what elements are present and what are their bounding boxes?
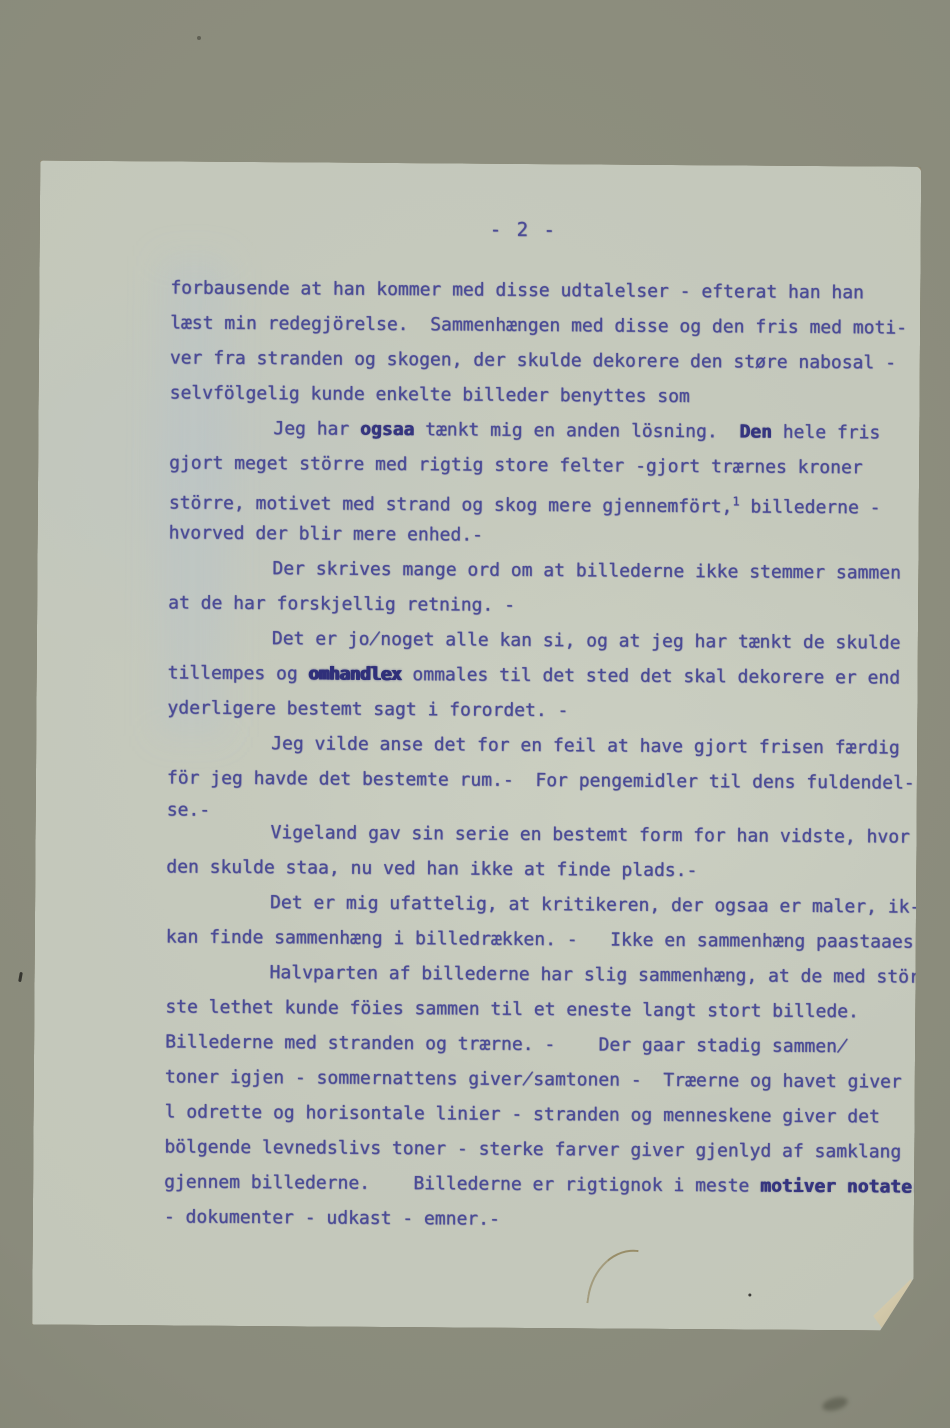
text-segment: toner igjen - sommernattens giver̸samton… (165, 1066, 902, 1092)
text-segment: Vigeland gav sin serie en bestemt form f… (270, 822, 910, 847)
text-segment (836, 1176, 847, 1197)
background-smudge (821, 1395, 849, 1413)
text-segment: hele fris (772, 422, 881, 444)
text-segment: Der skrives mange ord om at billederne i… (272, 558, 901, 583)
folded-corner (873, 1278, 911, 1330)
text-segment: notater (847, 1176, 923, 1198)
text-segment: ste lethet kunde föies sammen til et ene… (165, 996, 859, 1022)
text-segment: at de har forskjellig retning. - (168, 592, 515, 615)
typed-line: Jeg har ogsaa tænkt mig en anden lösning… (169, 410, 919, 450)
text-segment: l odrette og horisontale linier - strand… (165, 1101, 880, 1127)
typed-line: tillempes og omhandlex ommales til det s… (168, 655, 918, 695)
typed-line: den skulde staa, nu ved han ikke at find… (166, 849, 916, 889)
background-ink-mark (18, 972, 23, 982)
typed-line: ver fra stranden og skogen, der skulde d… (170, 340, 920, 380)
text-segment: motiver (760, 1176, 836, 1198)
typed-line: för jeg havde det bestemte rum.- For pen… (167, 760, 917, 800)
text-segment: Det er jo̸noget alle kan si, og at jeg h… (272, 628, 901, 653)
crease-mark (586, 1244, 638, 1310)
typed-line: gjort meget större med rigtig store felt… (169, 445, 919, 485)
text-segment: Jeg vilde anse det for en feil at have g… (271, 733, 900, 758)
typed-line: at de har forskjellig retning. - (168, 585, 918, 625)
text-segment: omhandlex (308, 663, 401, 685)
text-segment: n̸ (826, 1036, 848, 1057)
typed-line: forbausende at han kommer med disse udta… (170, 270, 920, 310)
typed-line: yderligere bestemt sagt i forordet. - (167, 690, 917, 730)
text-segment: Jeg har (273, 418, 360, 440)
text-segment: ogsaa (360, 419, 414, 440)
typed-line: læst min redegjörelse. Sammenhængen med … (170, 305, 920, 345)
paper-speck (748, 1294, 751, 1297)
text-segment: större, motivet med strand og skog mere … (169, 492, 733, 517)
text-segment: bölgende levnedslivs toner - sterke farv… (164, 1136, 901, 1162)
text-segment: Det er mig ufattelig, at kritikeren, der… (270, 892, 920, 918)
typed-line: toner igjen - sommernattens giver̸samton… (165, 1059, 915, 1099)
typed-text-block: forbausende at han kommer med disse udta… (33, 161, 921, 1240)
typed-line: ste lethet kunde föies sammen til et ene… (165, 989, 915, 1029)
typed-line: gjennem billederne. Billederne er rigtig… (164, 1164, 914, 1204)
typed-line: l odrette og horisontale linier - strand… (164, 1094, 914, 1134)
text-segment: ommales til det sted det skal dekorere e… (402, 664, 901, 688)
text-segment: Halvparten af billederne har slig sammen… (270, 962, 931, 988)
text-segment: den skulde staa, nu ved han ikke at find… (166, 856, 697, 881)
text-segment: kan finde sammenhæng i billedrækken. - I… (166, 926, 925, 952)
typed-line: Halvparten af billederne har slig sammen… (165, 954, 915, 994)
text-segment: selvfölgelig kunde enkelte billeder beny… (170, 382, 690, 407)
typed-line: bölgende levnedslivs toner - sterke farv… (164, 1129, 914, 1169)
text-segment: tillempes og (168, 662, 309, 684)
text-segment: gjort meget större med rigtig store felt… (169, 452, 863, 478)
typed-line: Der skrives mange ord om at billederne i… (168, 550, 918, 590)
typed-line: Det er mig ufattelig, at kritikeren, der… (166, 884, 916, 924)
text-segment: tænkt mig en anden lösning. (414, 419, 739, 442)
typed-line: Det er jo̸noget alle kan si, og at jeg h… (168, 620, 918, 660)
typed-line: kan finde sammenhæng i billedrækken. - I… (166, 919, 916, 959)
paper-sheet: - 2 - forbausende at han kommer med diss… (32, 161, 921, 1331)
typed-line: Billederne med stranden og trærne. - Der… (165, 1024, 915, 1064)
typed-line: hvorved der blir mere enhed.- (169, 515, 919, 555)
text-segment: för jeg havde det bestemte rum.- For pen… (167, 767, 915, 793)
typed-line: större, motivet med strand og skog mere … (169, 480, 919, 520)
background-speck (197, 36, 201, 40)
typed-line: selvfölgelig kunde enkelte billeder beny… (170, 375, 920, 415)
text-segment: læst min redegjörelse. Sammenhængen med … (170, 312, 907, 338)
typed-line: Vigeland gav sin serie en bestemt form f… (166, 814, 916, 854)
text-segment: ver fra stranden og skogen, der skulde d… (170, 347, 896, 373)
text-segment: Billederne med stranden og trærne. - Der… (165, 1031, 826, 1057)
text-segment: gjennem billederne. Billederne er rigtig… (164, 1171, 760, 1196)
typed-line: - dokumenter - udkast - emner.- (164, 1199, 914, 1239)
text-segment: forbausende at han kommer med disse udta… (170, 277, 864, 303)
scan-background: { "page": { "number_label": "- 2 -", "ba… (0, 0, 950, 1428)
text-segment: Den (739, 421, 772, 442)
typed-line: Jeg vilde anse det for en feil at have g… (167, 725, 917, 765)
text-segment: billederne - (740, 496, 881, 518)
text-segment: - dokumenter - udkast - emner.- (164, 1206, 500, 1229)
text-segment: se.- (167, 799, 211, 820)
text-segment: hvorved der blir mere enhed.- (169, 522, 483, 545)
text-segment: yderligere bestemt sagt i forordet. - (167, 697, 568, 721)
text-segment: 1 (732, 494, 739, 508)
